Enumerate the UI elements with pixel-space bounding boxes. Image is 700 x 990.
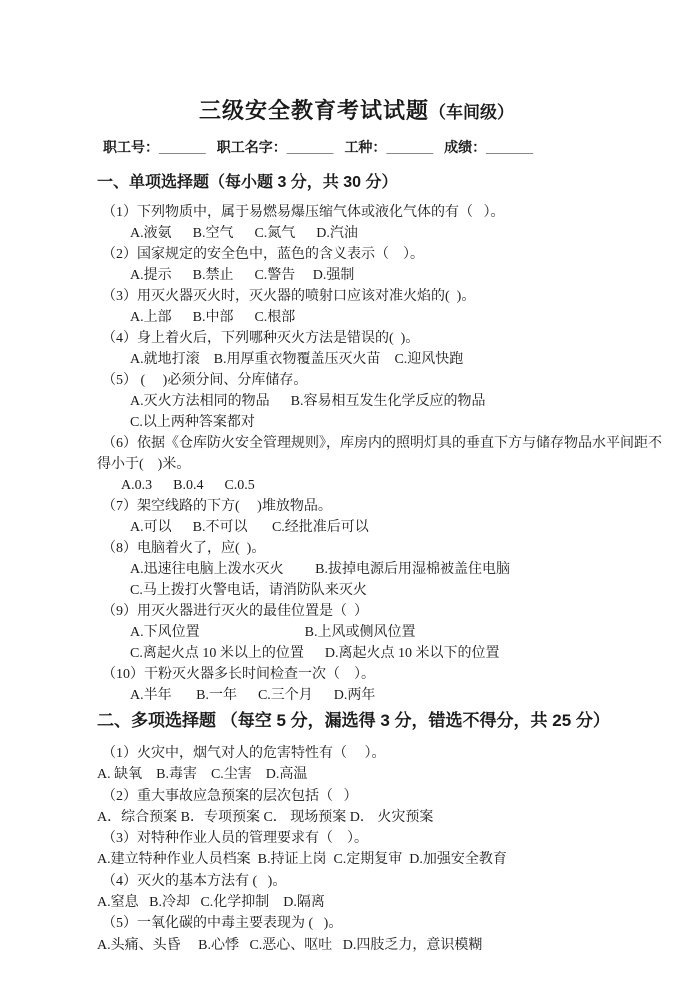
field-blank: ______: [287, 139, 334, 155]
option-line: A.头痛、头昏 B.心悸 C.恶心、呕吐 D.四肢乏力，意识模糊: [97, 935, 616, 956]
exam-title: 三级安全教育考试试题: [199, 98, 429, 123]
option-line: C.离起火点 10 米以上的位置 D.离起火点 10 米以下的位置: [97, 643, 616, 664]
option-line: A.迅速往电脑上泼水灭火 B.拔掉电源后用湿棉被盖住电脑: [97, 559, 616, 580]
section-1-single-choice: （1）下列物质中，属于易燃易爆压缩气体或液化气体的有（ ）。 A.液氨 B.空气…: [97, 202, 616, 706]
score-field: 成绩：______: [444, 139, 533, 155]
question-line: （4）灭火的基本方法有 ( )。: [97, 871, 616, 892]
question-line: （4）身上着火后，下列哪种灭火方法是错误的( )。: [97, 328, 616, 349]
question-line: （2）重大事故应急预案的层次包括（ ）: [97, 786, 616, 807]
question-line: （3）用灭火器灭火时，灭火器的喷射口应该对准火焰的( )。: [97, 286, 616, 307]
option-line: C.以上两种答案都对: [97, 412, 616, 433]
field-label: 工种：: [344, 139, 386, 155]
question-line: （8）电脑着火了，应( )。: [97, 538, 616, 559]
question-line: （5） ( )必须分间、分库储存。: [97, 370, 616, 391]
option-line: A. 缺氧 B.毒害 C.尘害 D.高温: [97, 764, 616, 785]
option-line: A．综合预案 B．专项预案 C． 现场预案 D． 火灾预案: [97, 807, 616, 828]
section-2-multiple-choice: （1）火灾中，烟气对人的危害特性有（ ）。 A. 缺氧 B.毒害 C.尘害 D.…: [97, 743, 616, 956]
option-line: A.灭火方法相同的物品 B.容易相互发生化学反应的物品: [97, 391, 616, 412]
page-title: 三级安全教育考试试题（车间级）: [97, 96, 616, 129]
question-line: （3）对特种作业人员的管理要求有（ ）。: [97, 828, 616, 849]
field-blank: ______: [386, 139, 433, 155]
exam-document-page: 三级安全教育考试试题（车间级） 职工号：______职工名字：______工种：…: [0, 0, 700, 990]
worker-name-field: 职工名字：______: [217, 139, 334, 155]
worker-id-field: 职工号：______: [103, 139, 206, 155]
exam-title-suffix: （车间级）: [429, 103, 514, 122]
option-line: A.窒息 B.冷却 C.化学抑制 D.隔离: [97, 892, 616, 913]
field-blank: ______: [159, 139, 206, 155]
field-blank: ______: [486, 139, 533, 155]
option-line: C.马上拨打火警电话，请消防队来灭火: [97, 580, 616, 601]
option-line: A.提示 B.禁止 C.警告 D.强制: [97, 265, 616, 286]
question-line: （9）用灭火器进行灭火的最佳位置是（ ）: [97, 601, 616, 622]
field-label: 职工号：: [103, 139, 159, 155]
section-1-heading: 一、单项选择题（每小题 3 分，共 30 分）: [97, 171, 616, 194]
option-line: A.建立特种作业人员档案 B.持证上岗 C.定期复审 D.加强安全教育: [97, 849, 616, 870]
option-line: A.就地打滚 B.用厚重衣物覆盖压灭火苗 C.迎风快跑: [97, 349, 616, 370]
question-line: （5）一氧化碳的中毒主要表现为 ( )。: [97, 913, 616, 934]
option-line: A.半年 B.一年 C.三个月 D.两年: [97, 685, 616, 706]
question-continuation-line: 得小于( )米。: [97, 454, 616, 475]
question-line: （1）火灾中，烟气对人的危害特性有（ ）。: [97, 743, 616, 764]
option-line: A.液氨 B.空气 C.氮气 D.汽油: [97, 223, 616, 244]
question-line: （2）国家规定的安全色中，蓝色的含义表示（ ）。: [97, 244, 616, 265]
option-line: A.0.3 B.0.4 C.0.5: [97, 475, 616, 496]
question-line: （6）依据《仓库防火安全管理规则》，库房内的照明灯具的垂直下方与储存物品水平间距…: [97, 433, 616, 454]
option-line: A.上部 B.中部 C.根部: [97, 307, 616, 328]
field-label: 成绩：: [444, 139, 486, 155]
exam-info-line: 职工号：______职工名字：______工种：______成绩：______: [97, 137, 616, 157]
section-2-heading: 二、多项选择题 （每空 5 分，漏选得 3 分，错选不得分，共 25 分）: [97, 707, 616, 734]
option-line: A.下风位置 B.上风或侧风位置: [97, 622, 616, 643]
field-label: 职工名字：: [217, 139, 287, 155]
question-line: （1）下列物质中，属于易燃易爆压缩气体或液化气体的有（ ）。: [97, 202, 616, 223]
option-line: A.可以 B.不可以 C.经批准后可以: [97, 517, 616, 538]
job-type-field: 工种：______: [344, 139, 433, 155]
question-line: （10）干粉灭火器多长时间检查一次（ ）。: [97, 664, 616, 685]
question-line: （7）架空线路的下方( )堆放物品。: [97, 496, 616, 517]
